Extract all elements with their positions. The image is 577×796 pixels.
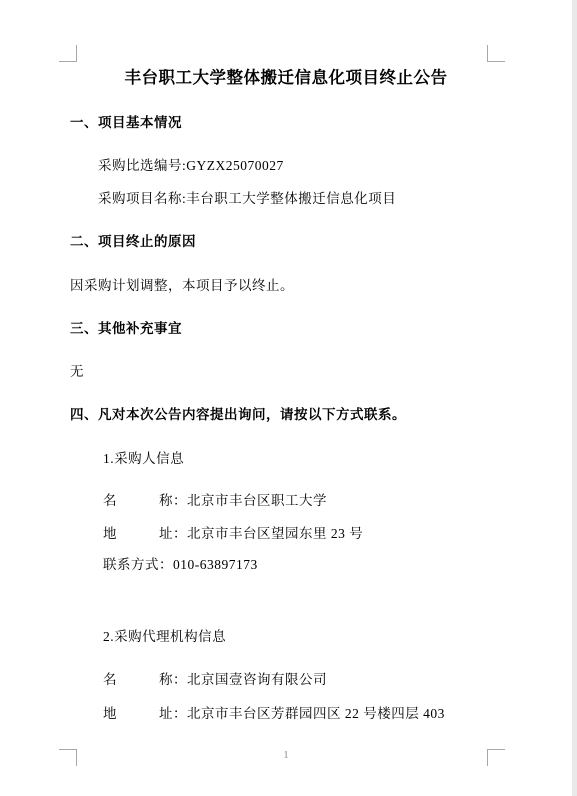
margin-crop-mark-top-left [59, 45, 77, 62]
agency-name-line: 名 称：北京国壹咨询有限公司 [103, 671, 327, 688]
document-title: 丰台职工大学整体搬迁信息化项目终止公告 [0, 64, 572, 88]
purchaser-name-line: 名 称：北京市丰台区职工大学 [103, 492, 327, 509]
procurement-number-line: 采购比选编号:GYZX25070027 [98, 157, 284, 174]
project-name-line: 采购项目名称:丰台职工大学整体搬迁信息化项目 [98, 190, 396, 207]
section2-heading: 二、项目终止的原因 [70, 233, 196, 250]
purchaser-info-heading: 1.采购人信息 [103, 450, 184, 467]
section3-heading: 三、其他补充事宜 [70, 320, 182, 337]
agency-address-line: 地 址：北京市丰台区芳群园四区 22 号楼四层 403 [103, 705, 445, 722]
section1-heading: 一、项目基本情况 [70, 114, 182, 131]
page-number: 1 [0, 749, 572, 761]
agency-info-heading: 2.采购代理机构信息 [103, 628, 226, 645]
margin-crop-mark-top-right [487, 45, 505, 62]
purchaser-contact-line: 联系方式：010-63897173 [103, 556, 258, 573]
document-page: 丰台职工大学整体搬迁信息化项目终止公告 一、项目基本情况 采购比选编号:GYZX… [0, 0, 577, 796]
page-right-edge [572, 0, 577, 796]
termination-reason-line: 因采购计划调整，本项目予以终止。 [70, 277, 294, 294]
section4-heading: 四、凡对本次公告内容提出询问，请按以下方式联系。 [70, 406, 406, 423]
supplementary-line: 无 [70, 363, 84, 380]
purchaser-address-line: 地 址：北京市丰台区望园东里 23 号 [103, 525, 363, 542]
